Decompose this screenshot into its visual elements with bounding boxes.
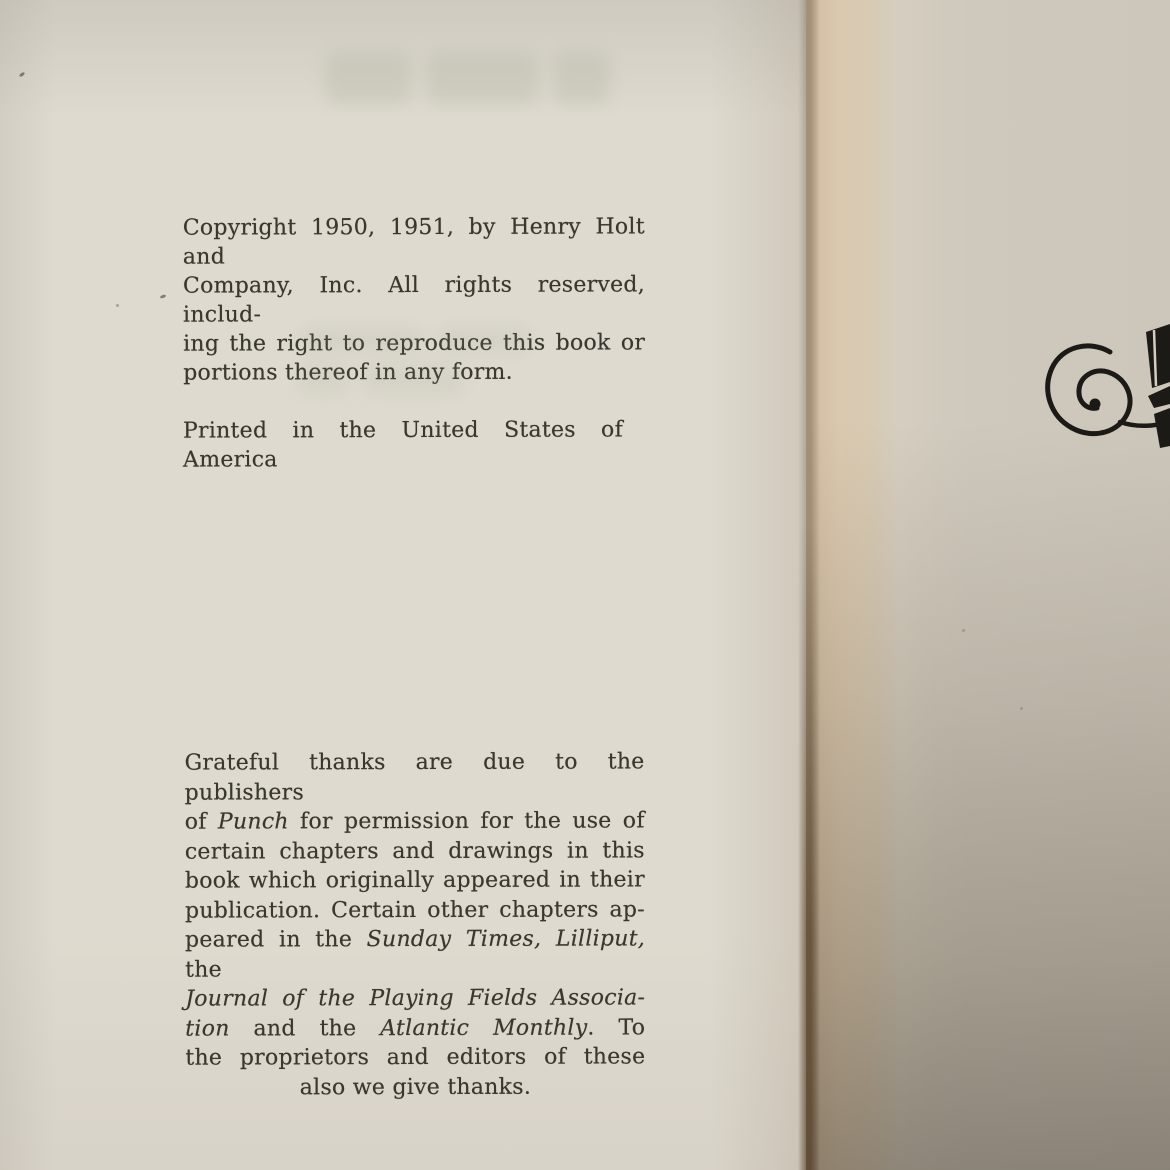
text-line: also we give thanks. (185, 1072, 645, 1103)
gutter-crease (798, 0, 820, 1170)
italic-text-segment: Journal of the Playing Fields Associa- (185, 985, 645, 1011)
text-segment: . To (587, 1015, 645, 1040)
paper-speck (962, 629, 965, 632)
text-line: publication. Certain other chapters ap- (185, 895, 645, 926)
paper-speck (160, 294, 167, 299)
showthrough-ghost-text (298, 365, 528, 395)
text-line: the proprietors and editors of these (185, 1042, 645, 1073)
text-line: of Punch for permission for the use of (185, 806, 645, 837)
ghost-word-blob (325, 52, 412, 104)
text-segment: Company, Inc. All rights reserved, inclu… (183, 272, 645, 327)
left-page-copyright: Copyright 1950, 1951, by Henry Holt andC… (0, 0, 806, 1170)
ghost-word-blob (437, 328, 532, 352)
showthrough-ghost-text (300, 328, 580, 352)
paper-speck (1020, 707, 1023, 710)
text-segment: book which originally appeared in their (185, 867, 645, 893)
printed-in-usa-line: Printed in the United States of America (183, 415, 623, 474)
text-segment: for permission for the use of (289, 808, 645, 834)
paper-speck (116, 304, 119, 307)
acknowledgment-paragraph: Grateful thanks are due to the publisher… (185, 747, 646, 1102)
text-line: peared in the Sunday Times, Lilliput, th… (185, 924, 645, 984)
ghost-word-blob (300, 328, 423, 352)
text-segment: Grateful thanks are due to the publisher… (185, 749, 645, 805)
italic-text-segment: tion (185, 1016, 229, 1041)
text-segment: also we give thanks. (300, 1074, 531, 1100)
italic-text-segment: Atlantic Monthly (380, 1015, 587, 1041)
text-segment: Copyright 1950, 1951, by Henry Holt and (183, 214, 645, 269)
copyright-notice: Copyright 1950, 1951, by Henry Holt andC… (183, 212, 645, 387)
text-segment: certain chapters and drawings in this (185, 838, 645, 864)
right-page (806, 0, 1170, 1170)
text-line: book which originally appeared in their (185, 865, 645, 896)
italic-text-segment: Punch (218, 809, 289, 834)
text-segment: the (185, 957, 222, 982)
text-line: Grateful thanks are due to the publisher… (185, 747, 645, 807)
text-segment: peared in the (185, 927, 367, 952)
ghost-word-blob (363, 365, 464, 395)
text-line: certain chapters and drawings in this (185, 836, 645, 867)
text-segment: publication. Certain other chapters ap- (185, 897, 645, 923)
text-line: tion and the Atlantic Monthly. To (185, 1013, 645, 1044)
ghost-word-blob (426, 52, 539, 104)
ghost-word-blob (298, 365, 349, 395)
spiral-flourish-ornament (1040, 320, 1170, 460)
ghost-word-blob (553, 52, 610, 104)
open-book-photo: Copyright 1950, 1951, by Henry Holt andC… (0, 0, 1170, 1170)
text-segment: the proprietors and editors of these (185, 1044, 645, 1070)
text-line: Copyright 1950, 1951, by Henry Holt and (183, 212, 645, 271)
spiral-center-dot (1090, 399, 1101, 410)
text-line: Company, Inc. All rights reserved, inclu… (183, 270, 645, 329)
showthrough-ghost-title (325, 52, 610, 104)
text-line: Journal of the Playing Fields Associa- (185, 983, 645, 1014)
text-segment: and the (230, 1016, 381, 1041)
italic-text-segment: Sunday Times, Lilliput, (367, 926, 645, 952)
text-segment: of (185, 810, 218, 835)
paper-speck (19, 72, 26, 78)
